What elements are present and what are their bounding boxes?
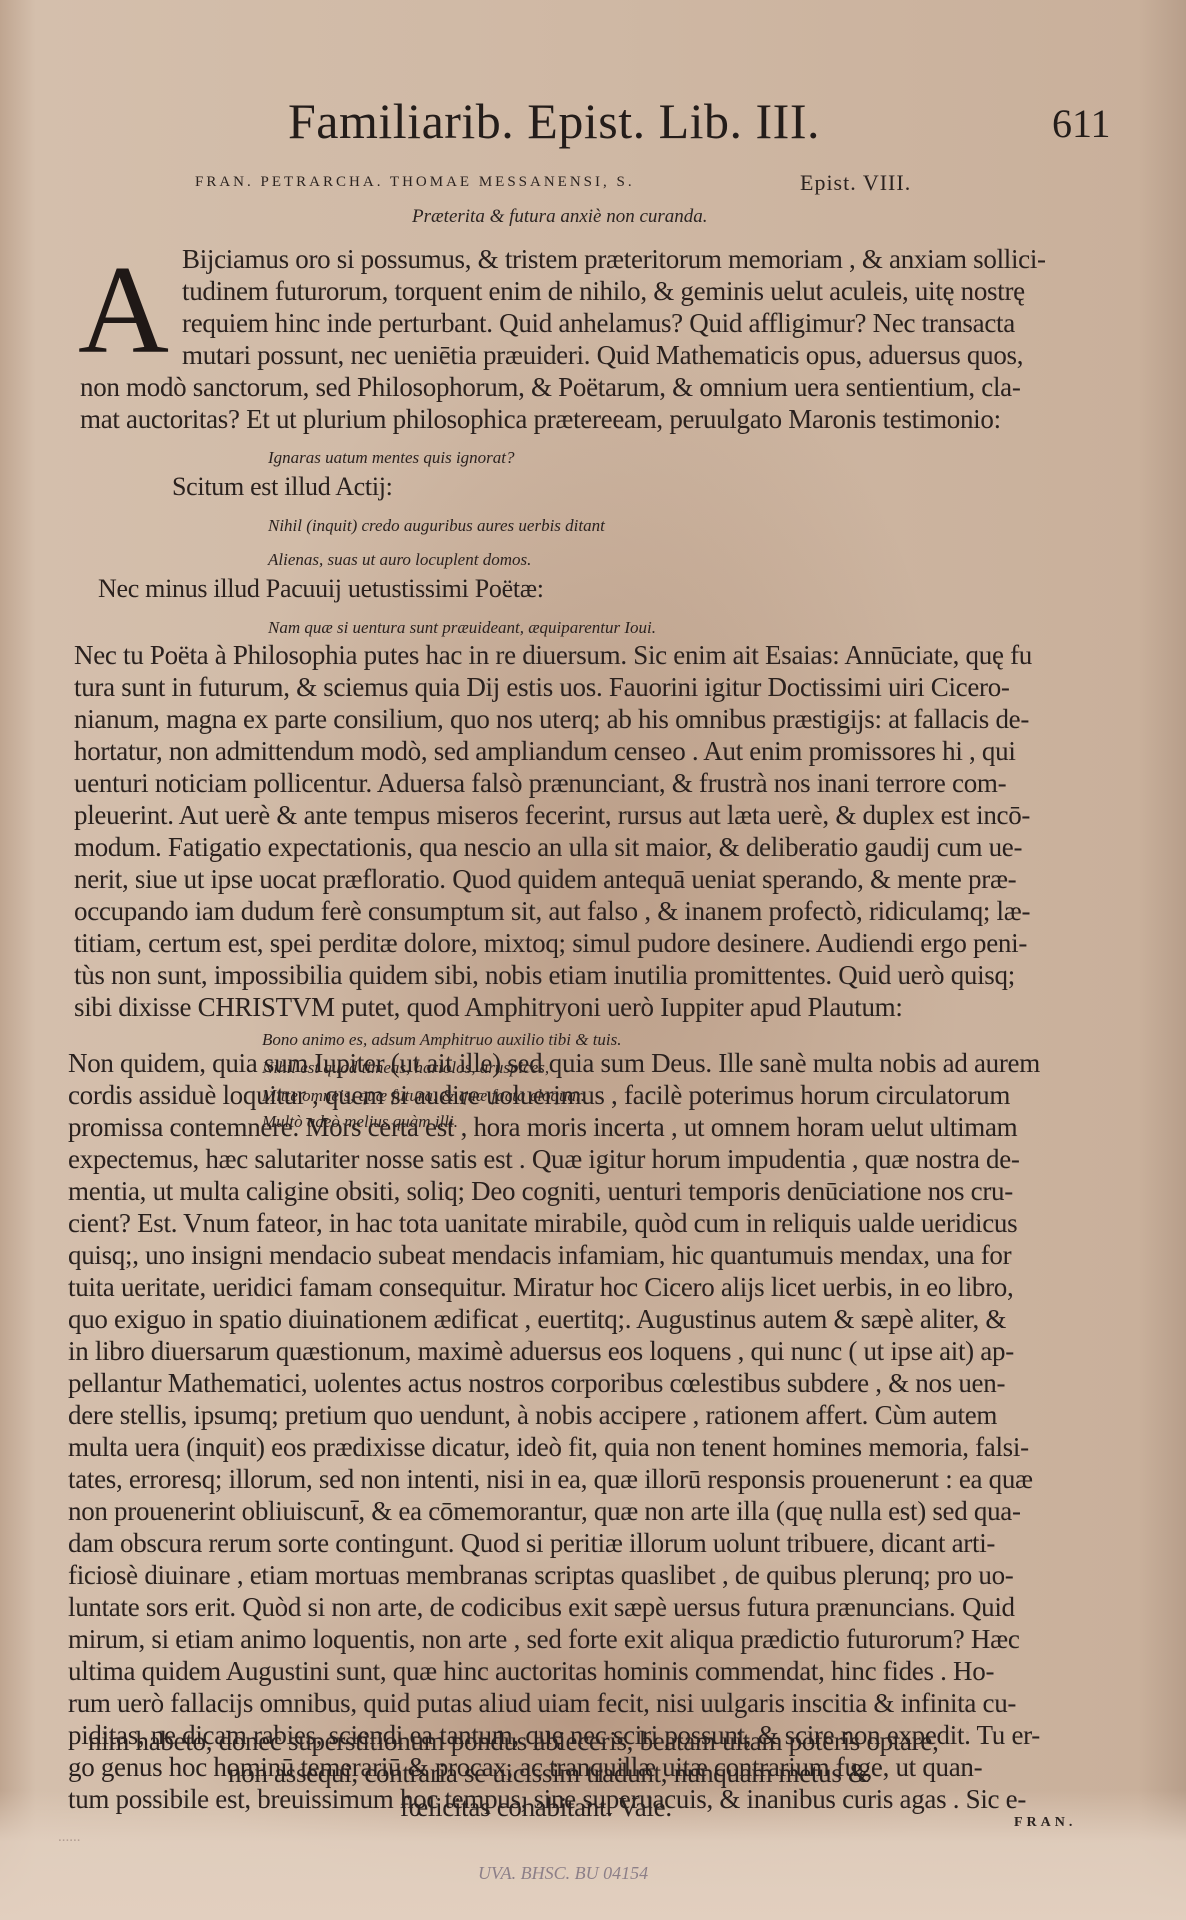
- verse-line: Ignaras uatum mentes quis ignorat?: [268, 448, 515, 468]
- verse-line: Alienas, suas ut auro locuplent domos.: [268, 550, 531, 570]
- page-number: 611: [1052, 100, 1111, 147]
- text-line: tates, erroresq; illorum, sed non intent…: [68, 1464, 1033, 1495]
- text-line: mirum, si etiam animo loquentis, non art…: [68, 1624, 1020, 1655]
- text-line: dere stellis, ipsumq; pretium quo uendun…: [68, 1400, 997, 1431]
- text-line: mentia, ut multa caligine obsiti, soliq;…: [68, 1176, 1013, 1207]
- text-line: promissa contemnere. Mors certa est , ho…: [68, 1112, 1017, 1143]
- text-line: tuita ueritate, ueridici famam consequit…: [68, 1272, 1013, 1303]
- text-line: requiem hinc inde perturbant. Quid anhel…: [182, 308, 1015, 339]
- text-line: sibi dixisse CHRISTVM putet, quod Amphit…: [74, 992, 903, 1023]
- text-line: Nec minus illud Pacuuij uetustissimi Poë…: [98, 574, 544, 604]
- text-line: titiam, certum est, spei perditæ dolore,…: [74, 928, 1027, 959]
- text-line: pleuerint. Aut uerè & ante tempus misero…: [74, 800, 1030, 831]
- text-line: cordis assiduè loquitur , quem si audire…: [68, 1080, 1010, 1111]
- text-line: quisq;, uno insigni mendacio subeat mend…: [68, 1240, 1011, 1271]
- faint-mark: ......: [58, 1829, 81, 1846]
- text-line: modum. Fatigatio expectationis, qua nesc…: [74, 832, 1022, 863]
- letter-salutation: Fran. Petrarcha. Thomae Messanensi, s.: [195, 174, 635, 191]
- text-line: nerit, siue ut ipse uocat præfloratio. Q…: [74, 864, 1016, 895]
- text-line: uenturi noticiam pollicentur. Aduersa fa…: [74, 768, 1006, 799]
- text-line: Non quidem, quia sum Iupiter (ut ait ill…: [68, 1048, 1040, 1079]
- text-line: pellantur Mathematici, uolentes actus no…: [68, 1368, 1005, 1399]
- verse-line: Nam quæ si uentura sunt præuideant, æqui…: [268, 618, 656, 638]
- text-line: hortatur, non admittendum modò, sed ampl…: [74, 736, 1016, 767]
- text-line: nianum, magna ex parte consilium, quo no…: [74, 704, 1029, 735]
- text-line: non modò sanctorum, sed Philosophorum, &…: [80, 372, 1021, 403]
- letter-subtitle: Præterita & futura anxiè non curanda.: [412, 206, 708, 228]
- text-line: Nec tu Poëta à Philosophia putes hac in …: [74, 640, 1032, 671]
- text-line: tùs non sunt, impossibilia quidem sibi, …: [74, 960, 1015, 991]
- text-line: multa uera (inquit) eos prædixisse dicat…: [68, 1432, 1029, 1463]
- text-line: quo exiguo in spatio diuinationem ædific…: [68, 1304, 1006, 1335]
- epistle-number: Epist. VIII.: [800, 170, 911, 196]
- text-line: tudinem futurorum, torquent enim de nihi…: [182, 276, 1025, 307]
- text-line: Scitum est illud Actij:: [172, 472, 393, 502]
- text-line: Bijciamus oro si possumus, & tristem præ…: [182, 244, 1046, 275]
- drop-cap: A: [78, 248, 169, 374]
- text-line: nim habeto, donec superstitionum pondus …: [88, 1726, 939, 1757]
- running-title: Familiarib. Epist. Lib. III.: [288, 92, 820, 150]
- library-stamp: UVA. BHSC. BU 04154: [478, 1863, 648, 1884]
- verse-line: Nihil (inquit) credo auguribus aures uer…: [268, 516, 605, 536]
- text-line: dam obscura rerum sorte contingunt. Quod…: [68, 1528, 995, 1559]
- text-line: non prouenerint obliuiscunt̄, & ea cōmem…: [68, 1496, 1021, 1527]
- text-line: ficiosè diuinare , etiam mortuas membran…: [68, 1560, 1014, 1591]
- text-line: expectemus, hæc salutariter nosse satis …: [68, 1144, 1020, 1175]
- text-line: ultima quidem Augustini sunt, quæ hinc a…: [68, 1656, 994, 1687]
- text-line: occupando iam dudum ferè consumptum sit,…: [74, 896, 1030, 927]
- text-line: non assequi, contraria se uicissim tradu…: [228, 1758, 869, 1789]
- text-line: rum uerò fallacijs omnibus, quid putas a…: [68, 1688, 1016, 1719]
- text-line: cient? Est. Vnum fateor, in hac tota uan…: [68, 1208, 1017, 1239]
- catchword: FRAN.: [1014, 1815, 1076, 1831]
- book-page: Familiarib. Epist. Lib. III. 611 Fran. P…: [0, 0, 1186, 1920]
- text-line: mat auctoritas? Et ut plurium philosophi…: [80, 404, 1001, 435]
- text-line: luntate sors erit. Quòd si non arte, de …: [68, 1592, 1015, 1623]
- text-line: fœlicitas cohabitant. Vale.: [400, 1792, 672, 1823]
- text-line: tura sunt in futurum, & sciemus quia Dij…: [74, 672, 1010, 703]
- verse-line: Bono animo es, adsum Amphitruo auxilio t…: [262, 1030, 622, 1050]
- text-line: mutari possunt, nec ueniētia præuideri. …: [182, 340, 1023, 371]
- text-line: in libro diuersarum quæstionum, maximè a…: [68, 1336, 1014, 1367]
